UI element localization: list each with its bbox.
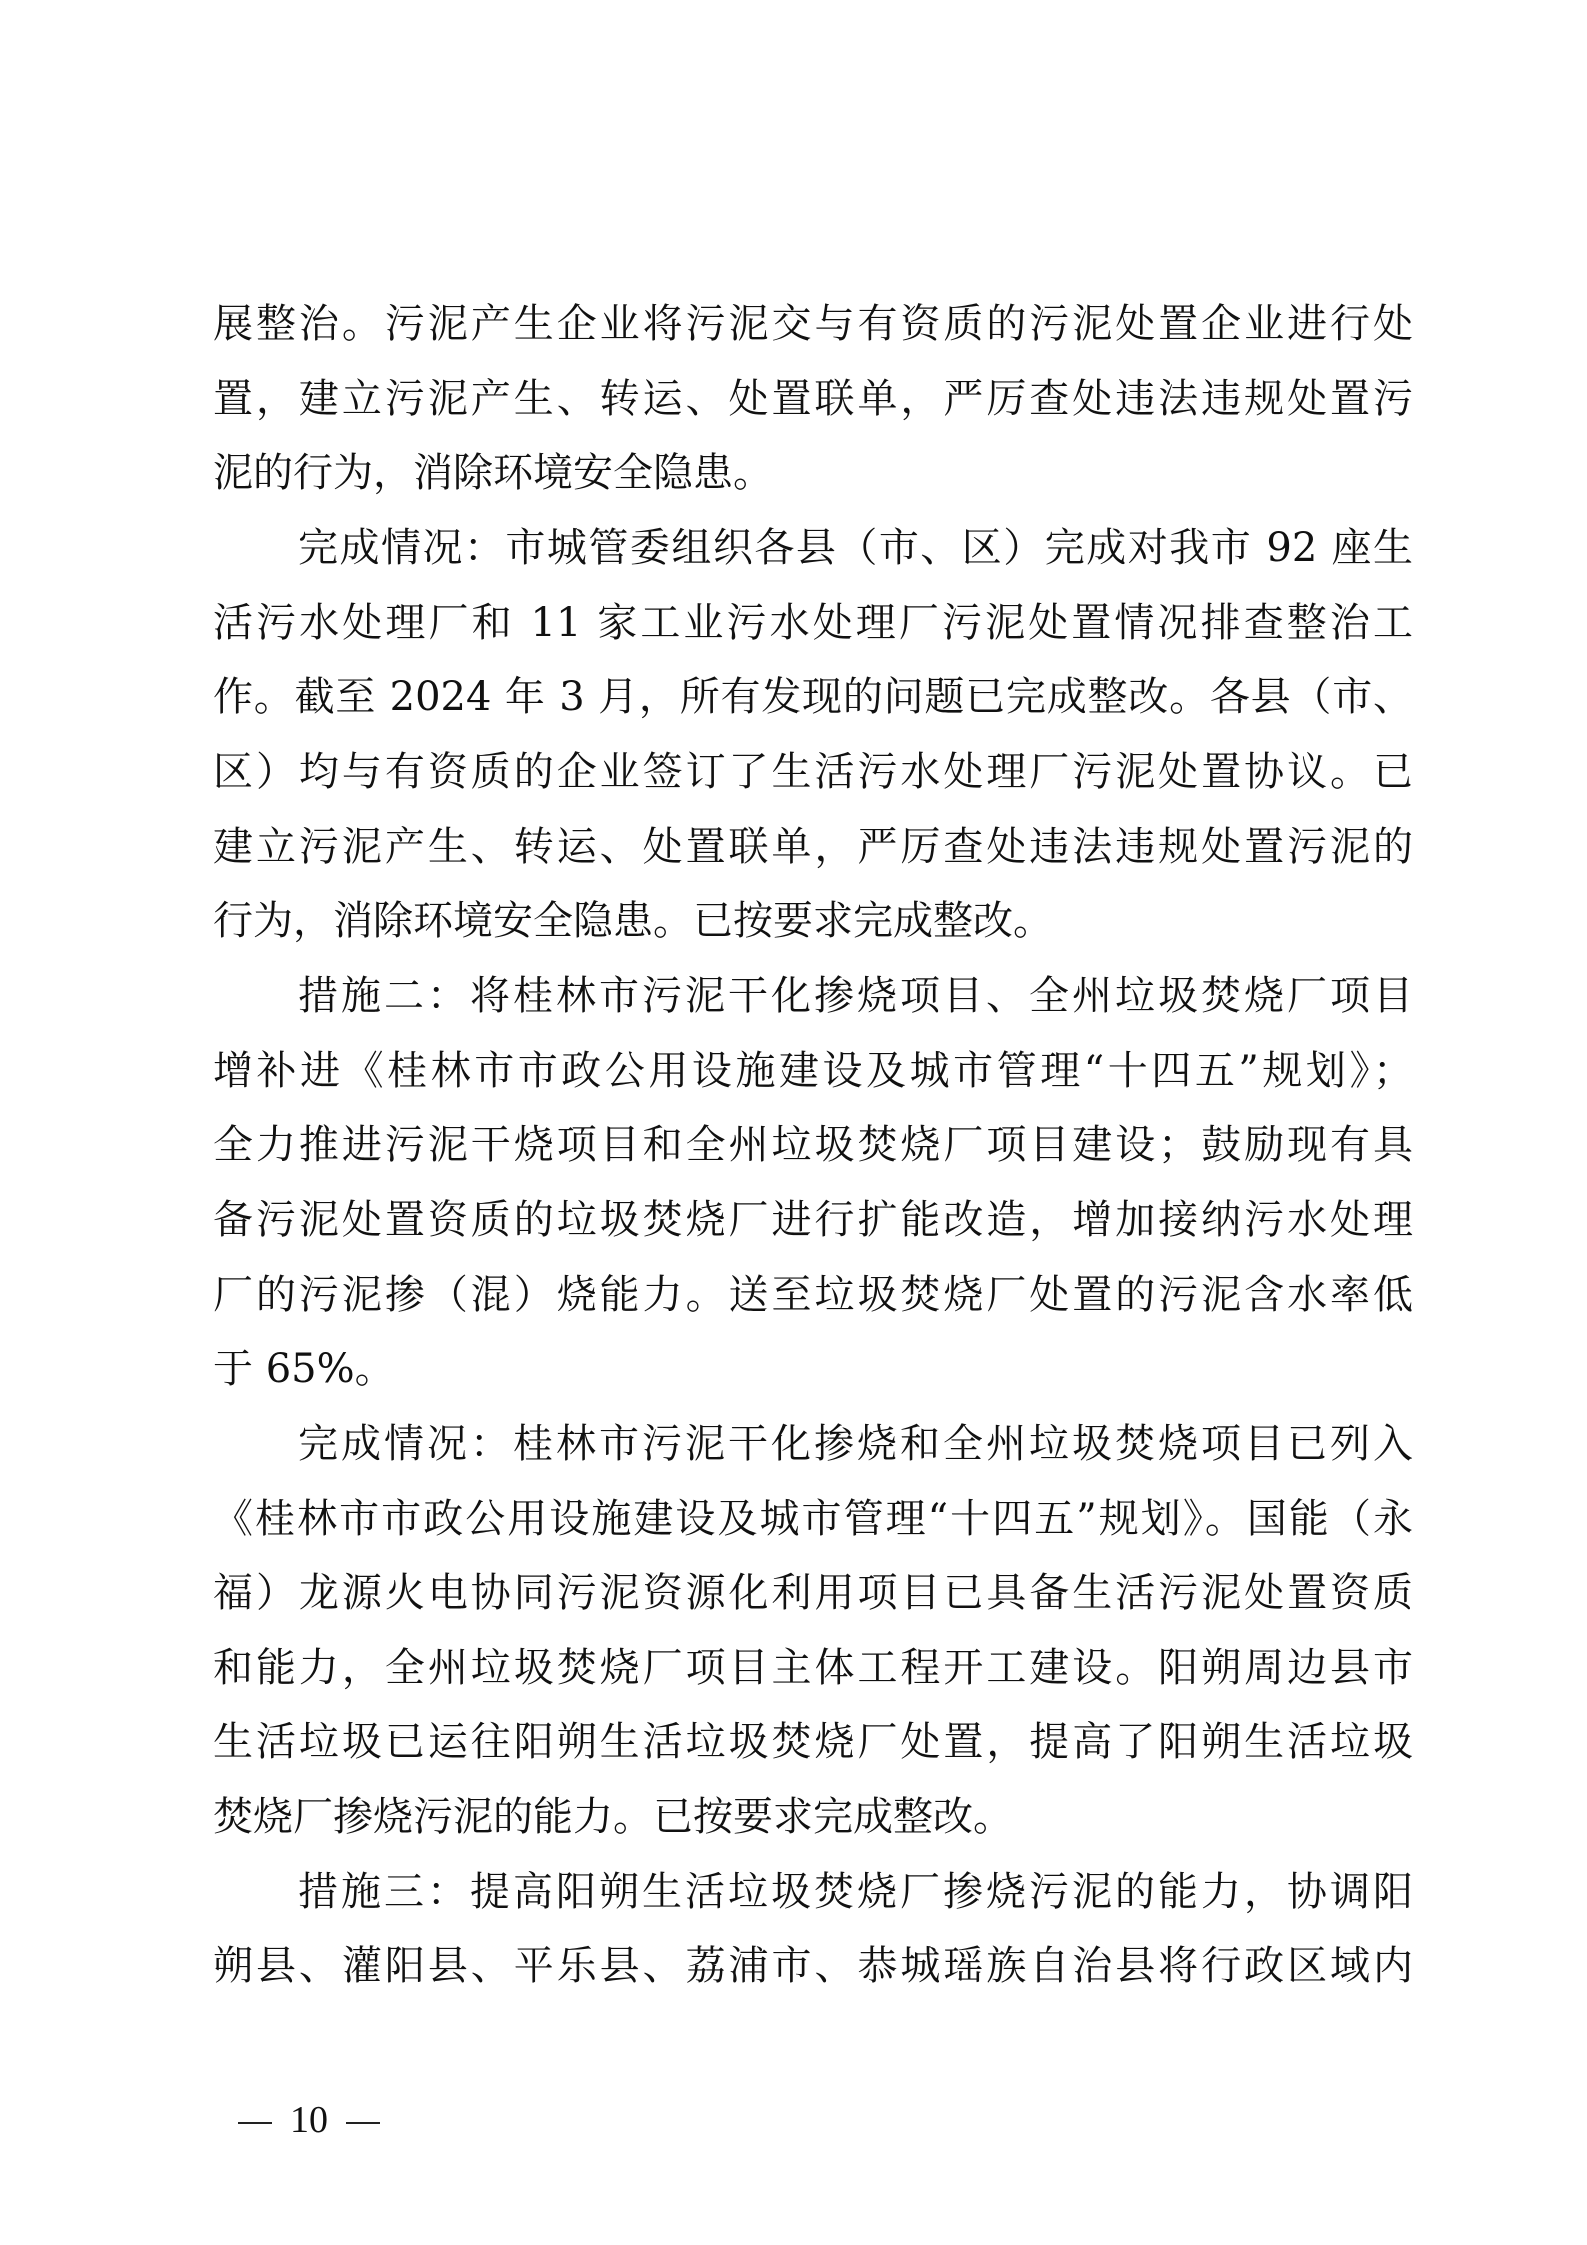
text-line: 全力推进污泥干烧项目和全州垃圾焚烧厂项目建设；鼓励现有具 (213, 1114, 1413, 1189)
text-line: 和能力，全州垃圾焚烧厂项目主体工程开工建设。阳朔周边县市 (213, 1637, 1413, 1712)
text-line: 建立污泥产生、转运、处置联单，严厉查处违法违规处置污泥的 (213, 816, 1413, 891)
paragraph-measure-two: 措施二：将桂林市污泥干化掺烧项目、全州垃圾焚烧厂项目 增补进《桂林市市政公用设施… (213, 965, 1413, 1413)
text-line: 《桂林市市政公用设施建设及城市管理“十四五”规划》。国能（永 (213, 1488, 1413, 1563)
text-line: 备污泥处置资质的垃圾焚烧厂进行扩能改造，增加接纳污水处理 (213, 1189, 1413, 1264)
page-number-footer: 10 (238, 2098, 380, 2142)
text-line: 置，建立污泥产生、转运、处置联单，严厉查处违法违规处置污 (213, 368, 1413, 443)
text-line: 完成情况：桂林市污泥干化掺烧和全州垃圾焚烧项目已列入 (213, 1413, 1413, 1488)
text-line: 泥的行为，消除环境安全隐患。 (213, 442, 1413, 517)
text-line: 作。截至 2024 年 3 月，所有发现的问题已完成整改。各县（市、 (213, 666, 1413, 741)
paragraph-measure-three: 措施三：提高阳朔生活垃圾焚烧厂掺烧污泥的能力，协调阳 朔县、灌阳县、平乐县、荔浦… (213, 1861, 1413, 2010)
text-line: 区）均与有资质的企业签订了生活污水处理厂污泥处置协议。已 (213, 741, 1413, 816)
text-line: 措施三：提高阳朔生活垃圾焚烧厂掺烧污泥的能力，协调阳 (213, 1861, 1413, 1936)
text-line: 厂的污泥掺（混）烧能力。送至垃圾焚烧厂处置的污泥含水率低 (213, 1264, 1413, 1339)
paragraph-sludge-rectification: 展整治。污泥产生企业将污泥交与有资质的污泥处置企业进行处 置，建立污泥产生、转运… (213, 293, 1413, 517)
document-page: 展整治。污泥产生企业将污泥交与有资质的污泥处置企业进行处 置，建立污泥产生、转运… (0, 0, 1587, 2245)
body-text: 展整治。污泥产生企业将污泥交与有资质的污泥处置企业进行处 置，建立污泥产生、转运… (213, 293, 1413, 2010)
page-number: 10 (290, 2098, 328, 2142)
text-line: 焚烧厂掺烧污泥的能力。已按要求完成整改。 (213, 1786, 1413, 1861)
dash-left (238, 2122, 272, 2124)
text-line: 活污水处理厂和 11 家工业污水处理厂污泥处置情况排查整治工 (213, 592, 1413, 667)
text-line: 行为，消除环境安全隐患。已按要求完成整改。 (213, 890, 1413, 965)
text-line: 措施二：将桂林市污泥干化掺烧项目、全州垃圾焚烧厂项目 (213, 965, 1413, 1040)
text-line: 福）龙源火电协同污泥资源化利用项目已具备生活污泥处置资质 (213, 1562, 1413, 1637)
text-line: 朔县、灌阳县、平乐县、荔浦市、恭城瑶族自治县将行政区域内 (213, 1935, 1413, 2010)
text-line: 完成情况：市城管委组织各县（市、区）完成对我市 92 座生 (213, 517, 1413, 592)
dash-right (346, 2122, 380, 2124)
paragraph-completion-status-1: 完成情况：市城管委组织各县（市、区）完成对我市 92 座生 活污水处理厂和 11… (213, 517, 1413, 965)
text-line: 于 65%。 (213, 1338, 1413, 1413)
text-line: 增补进《桂林市市政公用设施建设及城市管理“十四五”规划》； (213, 1040, 1413, 1115)
text-line: 展整治。污泥产生企业将污泥交与有资质的污泥处置企业进行处 (213, 293, 1413, 368)
text-line: 生活垃圾已运往阳朔生活垃圾焚烧厂处置，提高了阳朔生活垃圾 (213, 1711, 1413, 1786)
paragraph-completion-status-2: 完成情况：桂林市污泥干化掺烧和全州垃圾焚烧项目已列入 《桂林市市政公用设施建设及… (213, 1413, 1413, 1861)
